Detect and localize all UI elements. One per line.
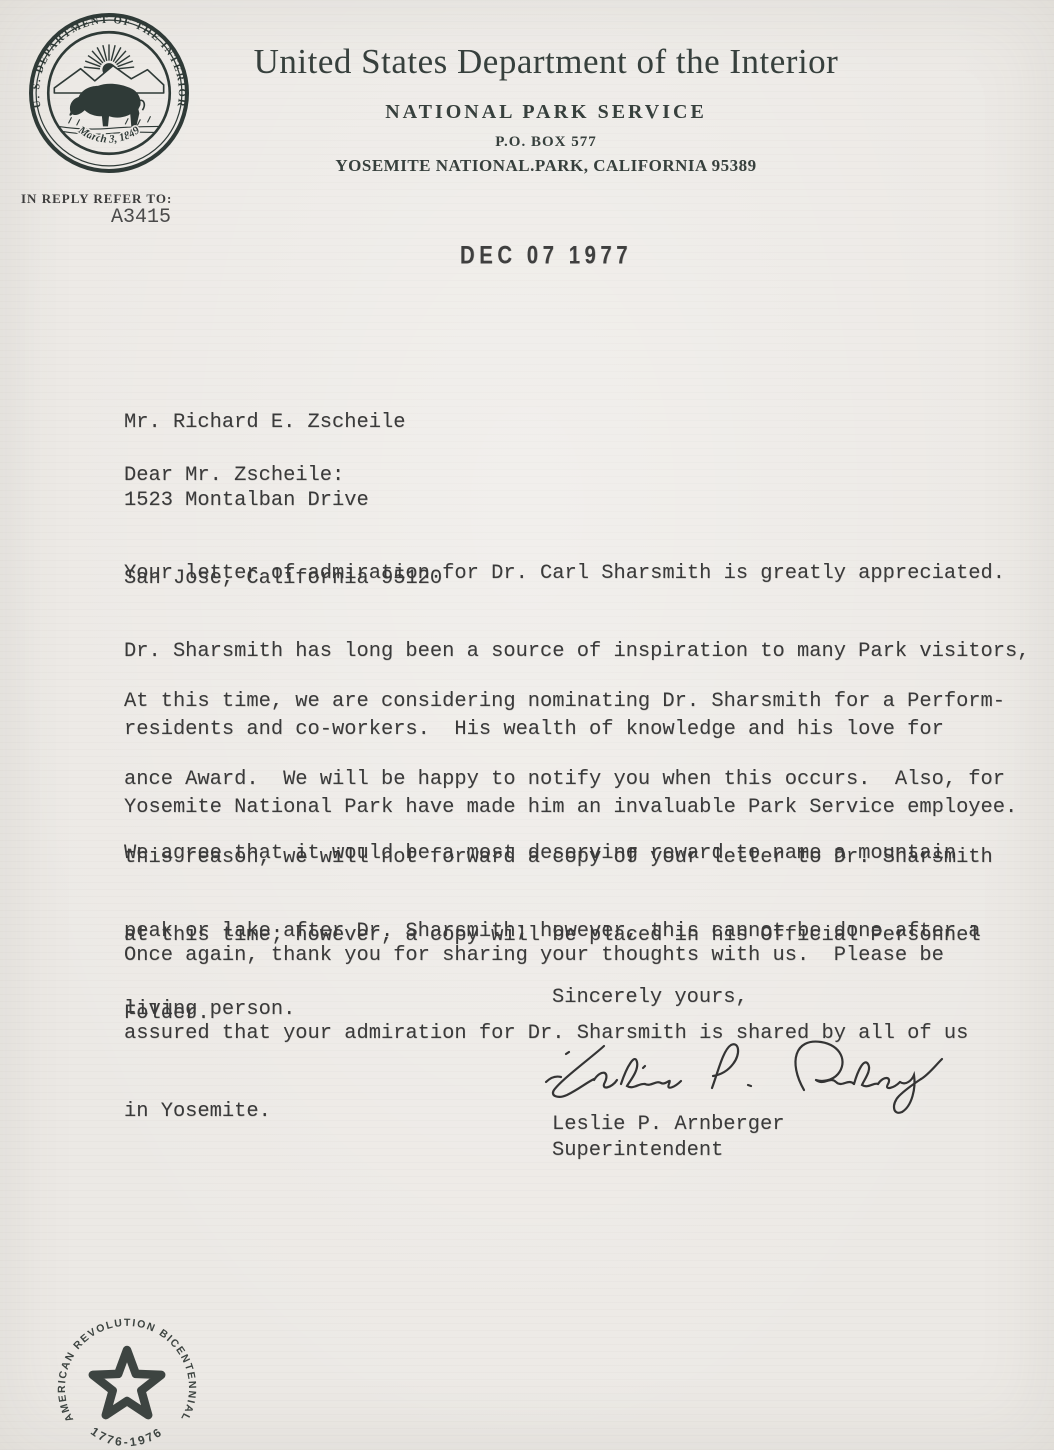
bicentennial-years-text: 1776-1976 [88,1424,166,1449]
body-line: Your letter of admiration for Dr. Carl S… [124,561,1030,587]
seal-date-text: March 3, 1849 [75,124,142,146]
letterhead-title: United States Department of the Interior [150,42,942,82]
signature-typed-name: Leslie P. Arnberger [552,1112,785,1138]
body-line: At this time, we are considering nominat… [124,689,1005,715]
body-line: We agree that it would be a most deservi… [124,841,981,867]
salutation: Dear Mr. Zscheile: [124,463,344,489]
signature-title: Superintendent [552,1138,723,1164]
seal-grass-icon [58,116,159,134]
closing: Sincerely yours, [552,985,748,1011]
date-stamp: DEC 07 1977 [460,241,632,270]
reply-refer-code: A3415 [111,206,171,229]
letterhead-agency: NATIONAL PARK SERVICE [150,101,942,124]
letterhead-pobox: P.O. BOX 577 [150,134,942,151]
reply-refer-label: IN REPLY REFER TO: [21,191,172,207]
letterhead-location: YOSEMITE NATIONAL.PARK, CALIFORNIA 95389 [150,156,942,176]
body-line: Once again, thank you for sharing your t… [124,943,968,969]
bicentennial-ring-text: AMERICAN REVOLUTION BICENTENNIAL [56,1318,198,1424]
recipient-name: Mr. Richard E. Zscheile [124,410,442,436]
scanned-letter-page: U. S. DEPARTMENT OF THE INTERIOR [0,0,1054,1450]
bicentennial-logo-icon: AMERICAN REVOLUTION BICENTENNIAL 1776-19… [52,1318,202,1450]
bicentennial-star-icon [93,1350,161,1415]
